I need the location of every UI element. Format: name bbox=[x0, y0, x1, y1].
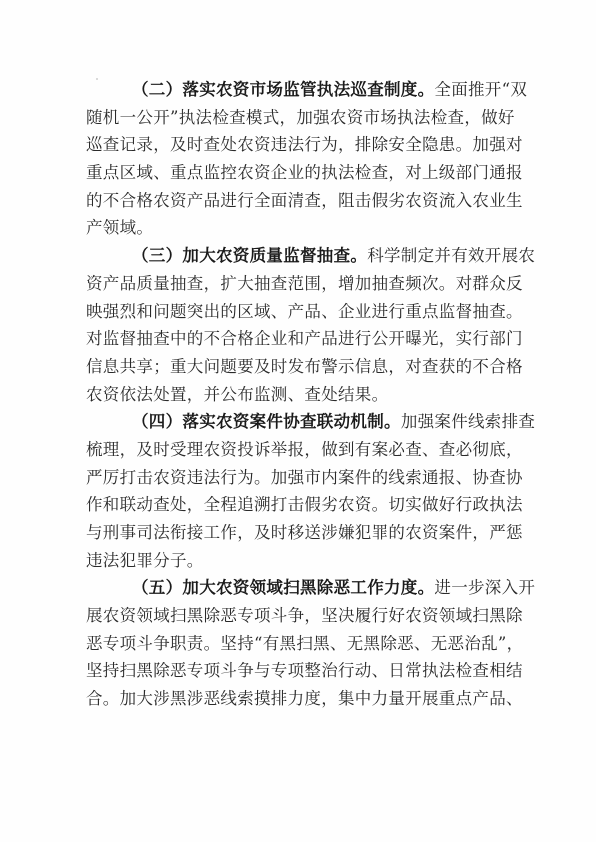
section-5: （五）加大农资领域扫黑除恶工作力度。进一步深入开 展农资领域扫黑除恶专项斗争，坚… bbox=[86, 574, 502, 712]
section-heading: （四）落实农资案件协查联动机制。 bbox=[132, 412, 401, 431]
section-2: （二）落实农资市场监管执法巡查制度。全面推开“双 随机一公开”执法检查模式，加强… bbox=[86, 76, 502, 242]
section-heading: （二）落实农资市场监管执法巡查制度。 bbox=[132, 80, 434, 99]
paragraph-line: 恶专项斗争职责。坚持“有黑扫黑、无黑除恶、无恶治乱”， bbox=[86, 630, 502, 658]
paragraph-line: 与刑事司法衔接工作，及时移送涉嫌犯罪的农资案件，严惩 bbox=[86, 519, 502, 547]
paragraph-line: 展农资领域扫黑除恶专项斗争，坚决履行好农资领域扫黑除 bbox=[86, 602, 502, 630]
paragraph-line: 对监督抽查中的不合格企业和产品进行公开曝光，实行部门 bbox=[86, 325, 502, 353]
section-heading: （三）加大农资质量监督抽查。 bbox=[132, 246, 367, 265]
paragraph-line: 资产品质量抽查，扩大抽查范围，增加抽查频次。对群众反 bbox=[86, 270, 502, 298]
paragraph-line: （四）落实农资案件协查联动机制。加强案件线索排查 bbox=[86, 408, 502, 436]
paragraph-line: 严厉打击农资违法行为。加强市内案件的线索通报、协查协 bbox=[86, 464, 502, 492]
paragraph-line: 重点区域、重点监控农资企业的执法检查，对上级部门通报 bbox=[86, 159, 502, 187]
paragraph-line: 违法犯罪分子。 bbox=[86, 547, 502, 575]
paragraph-line: 农资依法处置，并公布监测、查处结果。 bbox=[86, 381, 502, 409]
paragraph-line: 坚持扫黑除恶专项斗争与专项整治行动、日常执法检查相结 bbox=[86, 657, 502, 685]
paragraph-text: 科学制定并有效开展农 bbox=[367, 246, 535, 265]
paragraph-text: 全面推开“双 bbox=[434, 80, 527, 99]
document-body: （二）落实农资市场监管执法巡查制度。全面推开“双 随机一公开”执法检查模式，加强… bbox=[86, 76, 502, 713]
paragraph-line: 作和联动查处，全程追溯打击假劣农资。切实做好行政执法 bbox=[86, 491, 502, 519]
paragraph-line: 信息共享；重大问题要及时发布警示信息，对查获的不合格 bbox=[86, 353, 502, 381]
paragraph-line: 合。加大涉黑涉恶线索摸排力度，集中力量开展重点产品、 bbox=[86, 685, 502, 713]
paragraph-line: （二）落实农资市场监管执法巡查制度。全面推开“双 bbox=[86, 76, 502, 104]
paragraph-text: 进一步深入开 bbox=[434, 578, 535, 597]
section-heading: （五）加大农资领域扫黑除恶工作力度。 bbox=[132, 578, 434, 597]
paragraph-text: 加强案件线索排查 bbox=[401, 412, 535, 431]
section-4: （四）落实农资案件协查联动机制。加强案件线索排查 梳理，及时受理农资投诉举报，做… bbox=[86, 408, 502, 574]
paragraph-line: （五）加大农资领域扫黑除恶工作力度。进一步深入开 bbox=[86, 574, 502, 602]
paragraph-line: 随机一公开”执法检查模式，加强农资市场执法检查，做好 bbox=[86, 104, 502, 132]
paragraph-line: 的不合格农资产品进行全面清查，阻击假劣农资流入农业生 bbox=[86, 187, 502, 215]
document-page: （二）落实农资市场监管执法巡查制度。全面推开“双 随机一公开”执法检查模式，加强… bbox=[0, 0, 596, 842]
paragraph-line: 巡查记录，及时查处农资违法行为，排除安全隐患。加强对 bbox=[86, 131, 502, 159]
paragraph-line: 映强烈和问题突出的区域、产品、企业进行重点监督抽查。 bbox=[86, 298, 502, 326]
section-3: （三）加大农资质量监督抽查。科学制定并有效开展农 资产品质量抽查，扩大抽查范围，… bbox=[86, 242, 502, 408]
paragraph-line: （三）加大农资质量监督抽查。科学制定并有效开展农 bbox=[86, 242, 502, 270]
paragraph-line: 产领域。 bbox=[86, 214, 502, 242]
paragraph-line: 梳理，及时受理农资投诉举报，做到有案必查、查必彻底， bbox=[86, 436, 502, 464]
